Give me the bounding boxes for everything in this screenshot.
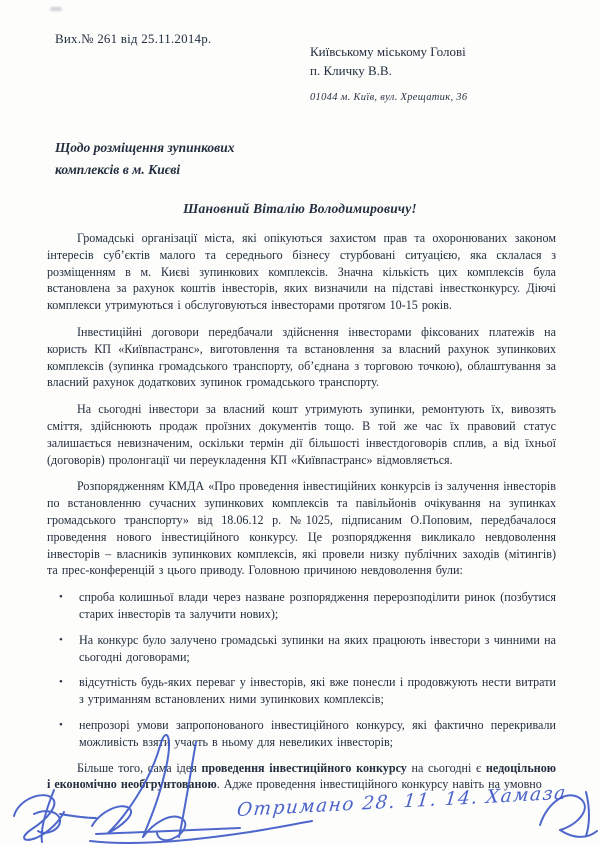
letter-body: Громадські організації міста, які опікую… — [47, 230, 556, 793]
bullet-dot-icon: • — [59, 589, 79, 623]
bullet-text: На конкурс було залучено громадські зупи… — [79, 632, 556, 666]
body-paragraph-1: Громадські організації міста, які опікую… — [47, 230, 556, 314]
bullet-dot-icon: • — [59, 717, 79, 751]
subject-line-2: комплексів в м. Києві — [55, 159, 325, 181]
subject-block: Щодо розміщення зупинкових комплексів в … — [55, 137, 325, 181]
plain-text: на сьогодні є — [407, 761, 486, 775]
bullet-text: непрозорі умови запропонованого інвестиц… — [79, 717, 556, 751]
body-paragraph-4: Розпорядженням КМДА «Про проведення інве… — [47, 478, 556, 579]
plain-text: Більше того, сама ідея — [77, 761, 201, 775]
bullet-text: спроба колишньої влади через назване роз… — [79, 589, 556, 623]
scan-artifact — [50, 7, 62, 11]
signature-left — [14, 790, 96, 842]
subject-line-1: Щодо розміщення зупинкових — [55, 137, 325, 159]
body-paragraph-3: На сьогодні інвестори за власний кошт ут… — [47, 401, 556, 468]
bullet-item: •відсутність будь-яких переваг у інвесто… — [59, 674, 556, 708]
recipient-title: Київському міському Голові — [310, 42, 570, 61]
grievance-bullet-list: •спроба колишньої влади через назване ро… — [47, 589, 556, 750]
body-paragraph-2: Інвестиційні договори передбачали здійсн… — [47, 324, 556, 391]
bullet-item: •На конкурс було залучено громадські зуп… — [59, 632, 556, 666]
bullet-dot-icon: • — [59, 632, 79, 666]
bullet-item: •спроба колишньої влади через назване ро… — [59, 589, 556, 623]
bullet-text: відсутність будь-яких переваг у інвестор… — [79, 674, 556, 708]
bullet-dot-icon: • — [59, 674, 79, 708]
emphasized-text: проведення інвестиційного конкурсу — [201, 761, 406, 775]
salutation: Шановний Віталію Володимировичу! — [0, 201, 600, 217]
scanned-letter-page: Вих.№ 261 від 25.11.2014р. Київському мі… — [0, 0, 600, 845]
recipient-address: 01044 м. Київ, вул. Хрещатик, 36 — [310, 88, 570, 107]
outgoing-ref-number: Вих.№ 261 від 25.11.2014р. — [55, 31, 211, 47]
recipient-name: п. Кличку В.В. — [310, 61, 570, 80]
recipient-block: Київському міському Голові п. Кличку В.В… — [310, 42, 570, 107]
bullet-item: •непрозорі умови запропонованого інвести… — [59, 717, 556, 751]
